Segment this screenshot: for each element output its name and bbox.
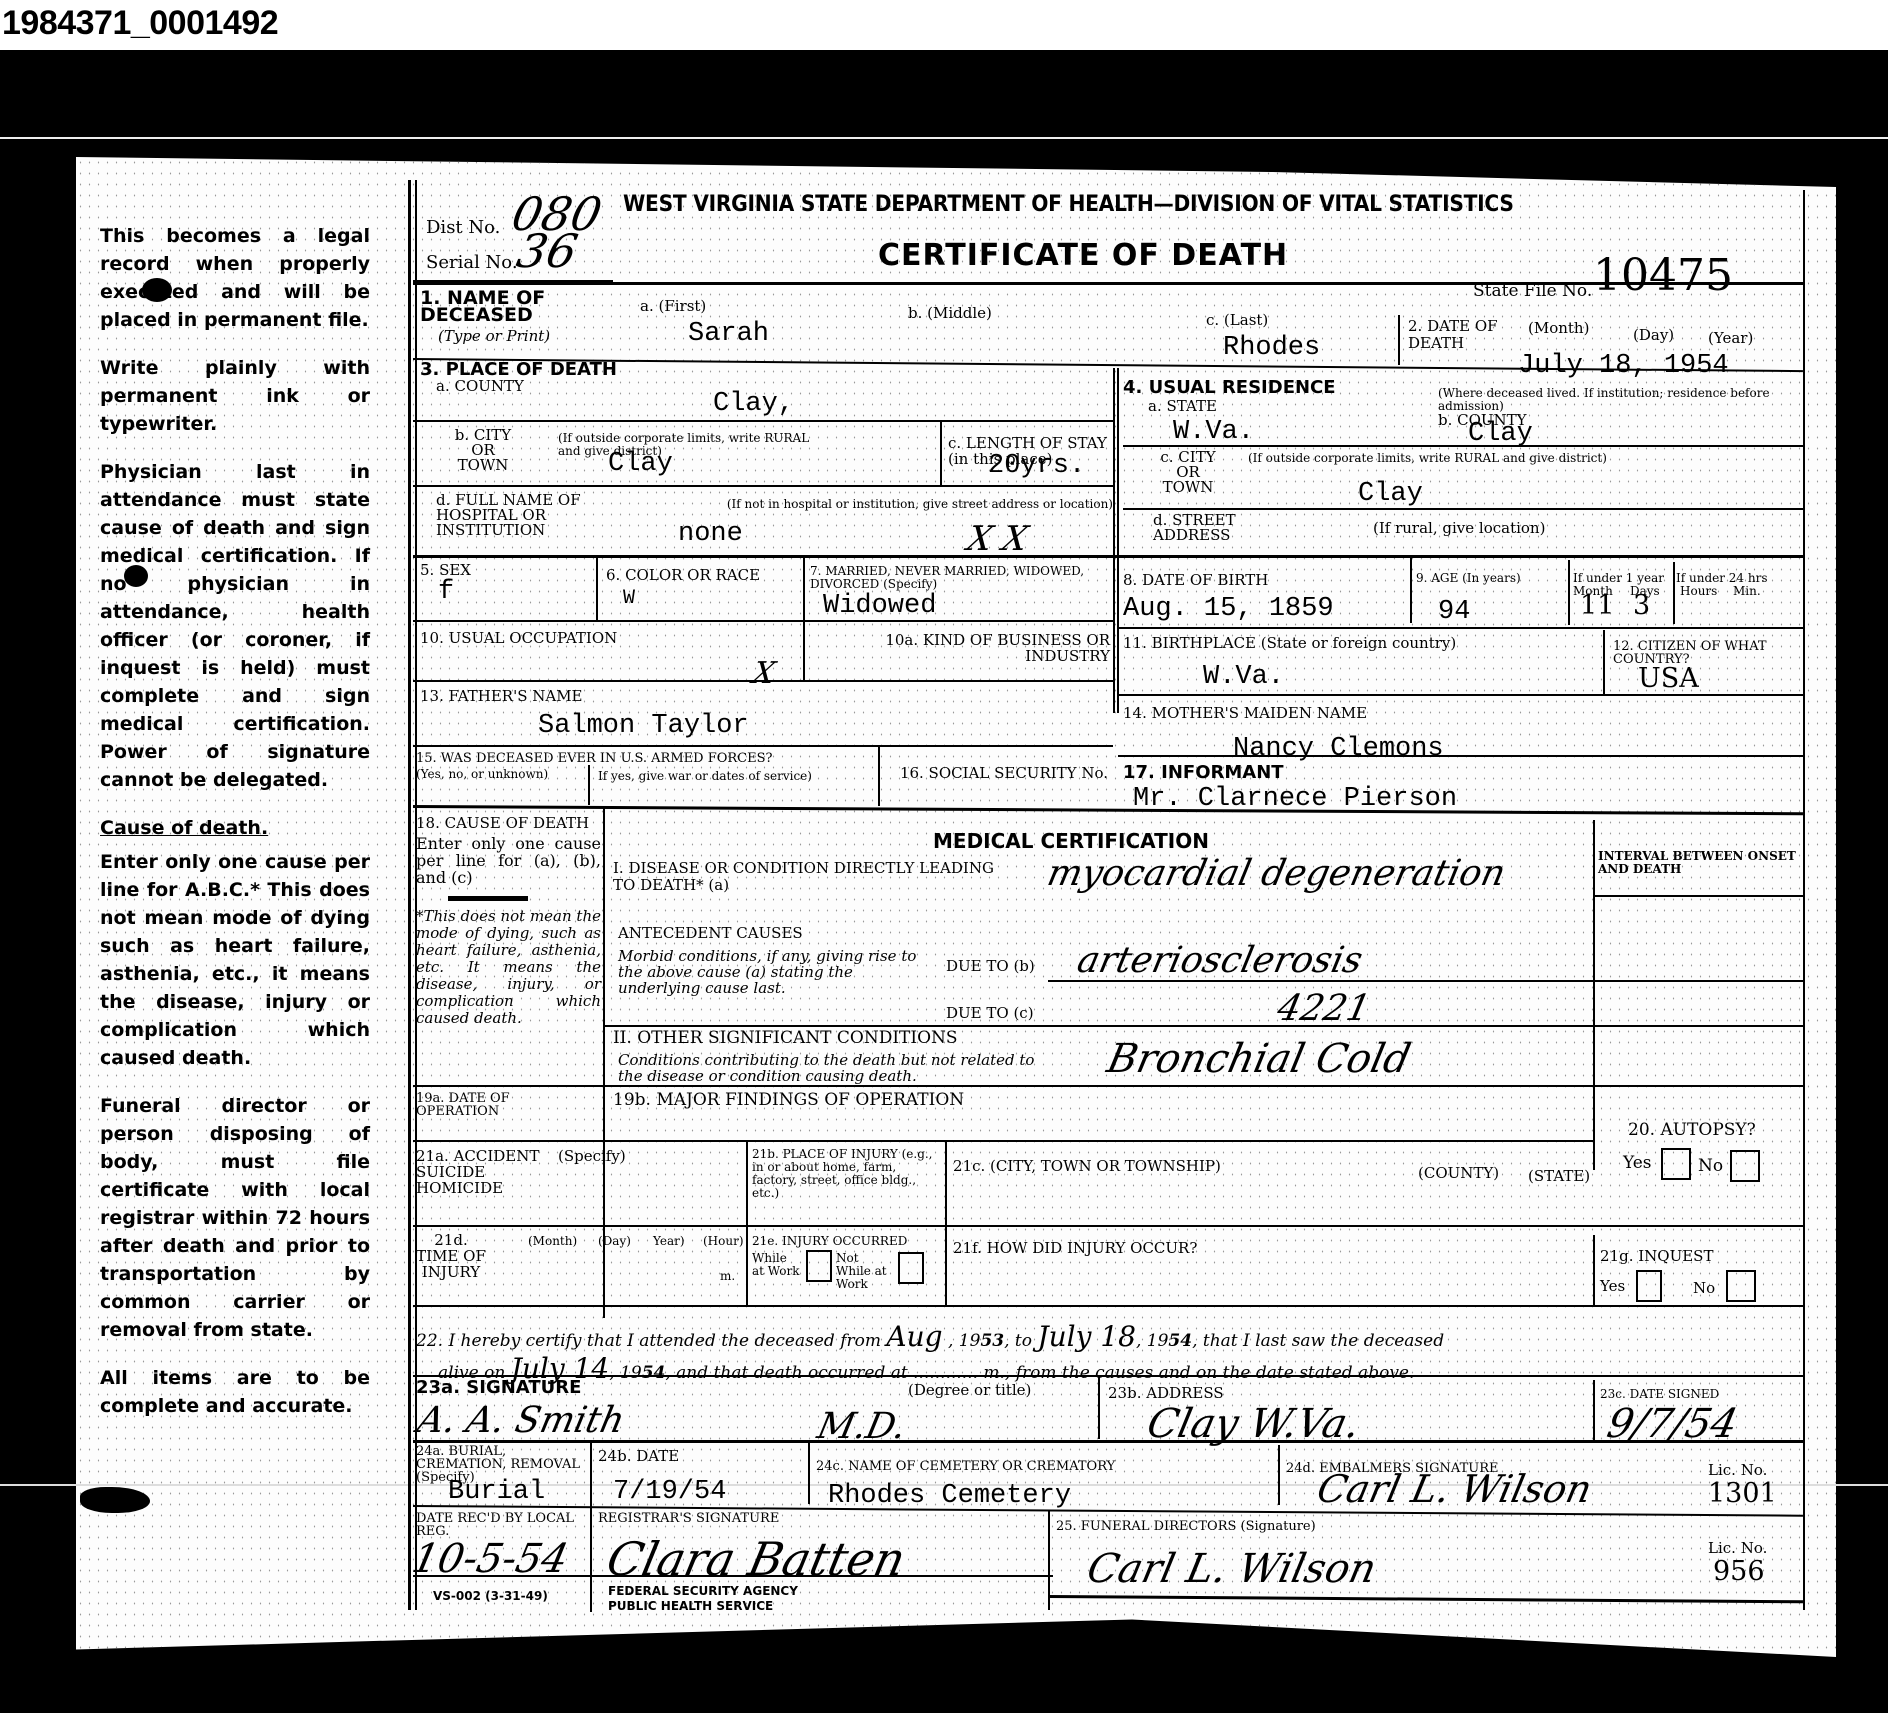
birthplace-value: W.Va. (1203, 663, 1284, 691)
divider (803, 621, 805, 681)
name-sublabel: (Type or Print) (438, 328, 550, 344)
attended-from-year: 53 (980, 1331, 1004, 1351)
attended-to-date: July 18 (1037, 1320, 1136, 1353)
document-id: 1984371_0001492 (2, 4, 278, 43)
ink-blot (80, 1487, 150, 1513)
other-conditions-value: Bronchial Cold (1104, 1040, 1414, 1078)
res-city-label: c. CITY OR TOWN (1153, 450, 1223, 495)
date-recd-value: 10-5-54 (409, 1540, 571, 1578)
divider (1593, 1380, 1595, 1442)
divider (1568, 560, 1570, 625)
year-prefix: , 19 (1136, 1331, 1168, 1351)
divider (413, 620, 1113, 622)
attended-to-year: 54 (1168, 1331, 1192, 1351)
instructions-sidebar: This becomes a legal record when properl… (100, 222, 370, 1440)
cemetery-value: Rhodes Cemetery (828, 1482, 1071, 1510)
last-name-value: Rhodes (1223, 334, 1320, 362)
line1-value: myocardial degeneration (1044, 855, 1509, 893)
divider (413, 680, 1113, 682)
divider (1593, 1235, 1595, 1305)
op-date-label: 19a. DATE OF OPERATION (416, 1092, 576, 1118)
autopsy-yes-label: Yes (1623, 1155, 1652, 1171)
divider (945, 1140, 947, 1305)
medical-title: MEDICAL CERTIFICATION (933, 833, 1209, 849)
county-value: Clay, (713, 390, 794, 418)
year-label: (Year) (1708, 330, 1753, 346)
death-certificate-form: Dist No. 080 Serial No. 36 WEST VIRGINIA… (408, 180, 1808, 1650)
due-c-value: 4221 (1274, 990, 1374, 1028)
divider (1123, 508, 1803, 510)
divider (1593, 895, 1803, 897)
state-file-label: State File No. (1473, 283, 1592, 299)
hospital-label: d. FULL NAME OF HOSPITAL OR INSTITUTION (436, 493, 606, 538)
injury-state-label: (STATE) (1528, 1168, 1590, 1184)
divider (413, 282, 1803, 285)
instruction-final: All items are to be complete and accurat… (100, 1364, 370, 1420)
city-value: Clay (608, 450, 673, 478)
divider (1118, 755, 1803, 757)
last-seen-year: 54 (642, 1363, 666, 1383)
title-bar: 1984371_0001492 (0, 0, 1888, 50)
divider (413, 485, 1113, 487)
date-signed-value: 9/7/54 (1604, 1405, 1741, 1443)
divider (413, 1085, 1803, 1087)
divider (413, 555, 1803, 558)
injury-day-label: (Day) (598, 1235, 631, 1248)
middle-name-label: b. (Middle) (908, 305, 992, 321)
instruction-legal: This becomes a legal record when properl… (100, 222, 370, 334)
divider (1118, 694, 1803, 696)
instruction-write: Write plainly with permanent ink or type… (100, 354, 370, 438)
certify-line2-end: m., from the causes and on the date stat… (983, 1363, 1414, 1383)
divider (803, 556, 805, 621)
other-conditions-label: II. OTHER SIGNIFICANT CONDITIONS (613, 1030, 958, 1046)
funeral-director-signature: Carl L. Wilson (1084, 1550, 1380, 1588)
burial-date-value: 7/19/54 (613, 1478, 726, 1506)
business-label: 10a. KIND OF BUSINESS OR INDUSTRY (810, 632, 1110, 664)
registrar-signature: Clara Batten (604, 1540, 908, 1578)
how-injury-label: 21f. HOW DID INJURY OCCUR? (953, 1240, 1197, 1256)
marital-label: 7. MARRIED, NEVER MARRIED, WIDOWED, DIVO… (810, 565, 1110, 591)
divider (1398, 315, 1400, 365)
armed-forces-label: 15. WAS DECEASED EVER IN U.S. ARMED FORC… (416, 752, 772, 765)
street-label: d. STREET ADDRESS (1153, 513, 1253, 543)
birth-date-value: Aug. 15, 1859 (1123, 595, 1334, 623)
embalmer-lic-value: 1301 (1708, 1480, 1777, 1508)
divider (1603, 630, 1605, 695)
while-at-work-label: While at Work (752, 1252, 802, 1278)
autopsy-no-checkbox[interactable] (1730, 1150, 1760, 1182)
physician-signature: A. A. Smith (414, 1402, 628, 1440)
age-value: 94 (1438, 598, 1470, 626)
degree-label: (Degree or title) (908, 1382, 1031, 1398)
last-name-label: c. (Last) (1206, 312, 1268, 328)
date-of-death-value: July 18, 1954 (1518, 352, 1729, 380)
divider (746, 1225, 748, 1305)
injury-month-label: (Month) (528, 1235, 577, 1248)
divider (413, 805, 1803, 815)
divider (413, 1440, 1803, 1443)
divider (413, 1225, 1803, 1227)
antecedent-note: Morbid conditions, if any, giving rise t… (618, 948, 928, 996)
hospital-mark: X X (964, 520, 1031, 558)
while-at-work-checkbox[interactable] (806, 1250, 832, 1282)
divider (596, 556, 598, 621)
due-c-label: DUE TO (c) (946, 1005, 1034, 1021)
interval-label: INTERVAL BETWEEN ONSET AND DEATH (1598, 850, 1798, 876)
cause-of-death-label: 18. CAUSE OF DEATH (416, 815, 589, 831)
instruction-cause: Enter only one cause per line for A.B.C.… (100, 848, 370, 1072)
not-while-at-work-label: Not While at Work (836, 1252, 896, 1291)
age-label: 9. AGE (In years) (1416, 572, 1521, 585)
res-city-value: Clay (1358, 480, 1423, 508)
due-b-label: DUE TO (b) (946, 958, 1035, 974)
res-state-label: a. STATE (1148, 398, 1217, 414)
autopsy-yes-checkbox[interactable] (1661, 1148, 1691, 1180)
date-recd-label: DATE REC'D BY LOCAL REG. (416, 1512, 586, 1538)
scan-artifact-line (0, 137, 1888, 139)
inquest-label: 21g. INQUEST (1600, 1248, 1713, 1264)
first-name-label: a. (First) (640, 298, 706, 314)
res-city-note: (If outside corporate limits, write RURA… (1248, 452, 1607, 465)
divider (413, 1140, 1593, 1142)
instruction-cause-heading: Cause of death. (100, 814, 370, 842)
divider (1278, 1445, 1280, 1505)
autopsy-no-label: No (1698, 1158, 1723, 1174)
divider (588, 765, 590, 805)
funeral-director-label: 25. FUNERAL DIRECTORS (Signature) (1056, 1520, 1316, 1533)
residence-label: 4. USUAL RESIDENCE (1123, 380, 1336, 396)
ink-blot (124, 565, 148, 587)
hospital-value: none (678, 520, 743, 548)
op-findings-label: 19b. MAJOR FINDINGS OF OPERATION (613, 1092, 964, 1108)
divider (1123, 445, 1803, 447)
race-value: W (623, 585, 635, 613)
divider (413, 420, 1113, 422)
certify-line1-end: , that I last saw the deceased (1192, 1331, 1444, 1351)
burial-date-label: 24b. DATE (598, 1448, 679, 1464)
months-value: 11 (1580, 592, 1614, 620)
date-of-death-label: 2. DATE OF DEATH (1408, 318, 1498, 352)
antecedent-label: ANTECEDENT CAUSES (618, 925, 803, 941)
inquest-yes-checkbox[interactable] (1636, 1270, 1662, 1302)
stay-value: 20yrs. (988, 452, 1085, 480)
form-code: VS-002 (3-31-49) (433, 1590, 548, 1603)
date-signed-label: 23c. DATE SIGNED (1600, 1388, 1719, 1401)
armed-forces-sub1: (Yes, no, or unknown) (416, 768, 548, 781)
instruction-funeral: Funeral director or person disposing of … (100, 1092, 370, 1344)
residence-note: (Where deceased lived. If institution; r… (1438, 387, 1808, 413)
divider (413, 1305, 1803, 1307)
funeral-lic-label: Lic. No. (1708, 1540, 1767, 1556)
divider (1118, 627, 1803, 629)
divider (1048, 1595, 1803, 1603)
year-prefix: , 19 (948, 1331, 980, 1351)
occupation-label: 10. USUAL OCCUPATION (420, 630, 617, 646)
funeral-lic-value: 956 (1713, 1558, 1765, 1586)
serial-value: 36 (514, 232, 581, 270)
city-label: b. CITY OR TOWN (448, 428, 518, 473)
agency-line1: FEDERAL SECURITY AGENCY (608, 1585, 798, 1598)
divider (1113, 368, 1115, 713)
divider (808, 1442, 810, 1504)
address-value: Clay W.Va. (1144, 1405, 1363, 1443)
accident-label: 21a. ACCIDENT SUICIDE HOMICIDE (416, 1148, 546, 1196)
mother-label: 14. MOTHER'S MAIDEN NAME (1123, 705, 1367, 721)
res-county-value: Clay (1468, 420, 1533, 448)
race-label: 6. COLOR OR RACE (606, 567, 760, 583)
hours-label: Hours (1680, 585, 1717, 598)
certify-line2: , and that death occurred at (665, 1363, 907, 1383)
due-b-value: arteriosclerosis (1074, 942, 1366, 980)
divider (413, 1575, 1053, 1577)
burial-method-value: Burial (448, 1478, 545, 1506)
other-conditions-note: Conditions contributing to the death but… (618, 1052, 1038, 1084)
inquest-no-label: No (1693, 1280, 1715, 1296)
divider (746, 1140, 748, 1225)
address-label: 23b. ADDRESS (1108, 1385, 1224, 1401)
citizen-value: USA (1638, 665, 1699, 693)
certificate-title: CERTIFICATE OF DEATH (878, 238, 1288, 273)
day-label: (Day) (1633, 327, 1674, 343)
res-state-value: W.Va. (1173, 418, 1254, 446)
city-note: (If outside corporate limits, write RURA… (558, 432, 828, 458)
armed-forces-sub2: If yes, give war or dates of service) (598, 770, 812, 783)
embalmer-signature: Carl L. Wilson (1314, 1470, 1595, 1508)
serial-label: Serial No. (426, 255, 518, 271)
accident-specify: (Specify) (558, 1148, 626, 1164)
attended-from-month: Aug (886, 1320, 942, 1353)
autopsy-label: 20. AUTOPSY? (1628, 1122, 1756, 1138)
month-label: (Month) (1528, 320, 1589, 336)
first-name-value: Sarah (688, 320, 769, 348)
ssn-label: 16. SOCIAL SECURITY No. (888, 765, 1108, 781)
embalmer-lic-label: Lic. No. (1708, 1462, 1767, 1478)
divider (1048, 980, 1803, 982)
divider (1117, 368, 1119, 713)
divider (413, 745, 1113, 747)
divider (413, 1375, 1803, 1377)
divider (448, 896, 528, 901)
place-of-injury-label: 21b. PLACE OF INJURY (e.g., in or about … (752, 1148, 942, 1200)
registrar-signature-label: REGISTRAR'S SIGNATURE (598, 1512, 779, 1525)
dist-label: Dist No. (426, 220, 500, 236)
injury-hour-label: (Hour) (703, 1235, 744, 1248)
sex-label: 5. SEX (420, 562, 471, 578)
state-file-value: 10475 (1593, 262, 1733, 290)
minutes-label: Min. (1733, 585, 1761, 598)
days-value: 3 (1633, 592, 1650, 620)
occupation-value: X (749, 655, 778, 693)
injury-city-label: 21c. (CITY, TOWN OR TOWNSHIP) (953, 1158, 1221, 1174)
cause-instructions: Enter only one cause per line for (a), (… (416, 835, 601, 886)
injury-m-label: m. (720, 1270, 735, 1283)
divider (940, 422, 942, 485)
cause-note: *This does not mean the mode of dying, s… (416, 908, 601, 1027)
inquest-yes-label: Yes (1600, 1278, 1625, 1294)
divider (590, 1442, 592, 1612)
injury-occurred-label: 21e. INJURY OCCURRED (752, 1235, 907, 1248)
birth-date-label: 8. DATE OF BIRTH (1123, 572, 1268, 588)
agency-line2: PUBLIC HEALTH SERVICE (608, 1600, 773, 1613)
hospital-note: (If not in hospital or institution, give… (693, 498, 1113, 511)
inquest-no-checkbox[interactable] (1726, 1270, 1756, 1302)
street-note: (If rural, give location) (1373, 520, 1545, 536)
not-while-at-work-checkbox[interactable] (898, 1252, 924, 1284)
birthplace-label: 11. BIRTHPLACE (State or foreign country… (1123, 635, 1456, 651)
divider (1593, 820, 1595, 1170)
divider (1673, 562, 1675, 624)
divider (1410, 558, 1412, 623)
certify-line1: 22. I hereby certify that I attended the… (416, 1331, 881, 1351)
divider (603, 1025, 1803, 1027)
agency-title: WEST VIRGINIA STATE DEPARTMENT OF HEALTH… (623, 192, 1514, 217)
father-label: 13. FATHER'S NAME (420, 688, 583, 704)
marital-value: Widowed (823, 592, 936, 620)
instruction-physician: Physician last in attendance must state … (100, 458, 370, 794)
year-prefix: , 19 (609, 1363, 641, 1383)
injury-year-label: Year) (653, 1235, 685, 1248)
ink-blot (142, 278, 172, 302)
to-label: , to (1004, 1331, 1032, 1351)
injury-county-label: (COUNTY) (1418, 1165, 1499, 1181)
cemetery-label: 24c. NAME OF CEMETERY OR CREMATORY (816, 1460, 1115, 1473)
name-label: 1. NAME OF DECEASED (420, 290, 580, 324)
divider (1098, 1377, 1100, 1439)
sex-value: f (438, 578, 454, 606)
time-of-injury-label: 21d. TIME OF INJURY (416, 1232, 486, 1280)
divider (878, 746, 880, 806)
informant-label: 17. INFORMANT (1123, 765, 1284, 781)
county-label: a. COUNTY (436, 378, 524, 394)
father-value: Salmon Taylor (538, 712, 749, 740)
signature-label: 23a. SIGNATURE (416, 1380, 581, 1396)
mother-value: Nancy Clemons (1233, 735, 1444, 763)
line1-label: I. DISEASE OR CONDITION DIRECTLY LEADING… (613, 860, 1013, 894)
place-of-death-label: 3. PLACE OF DEATH (420, 362, 617, 378)
